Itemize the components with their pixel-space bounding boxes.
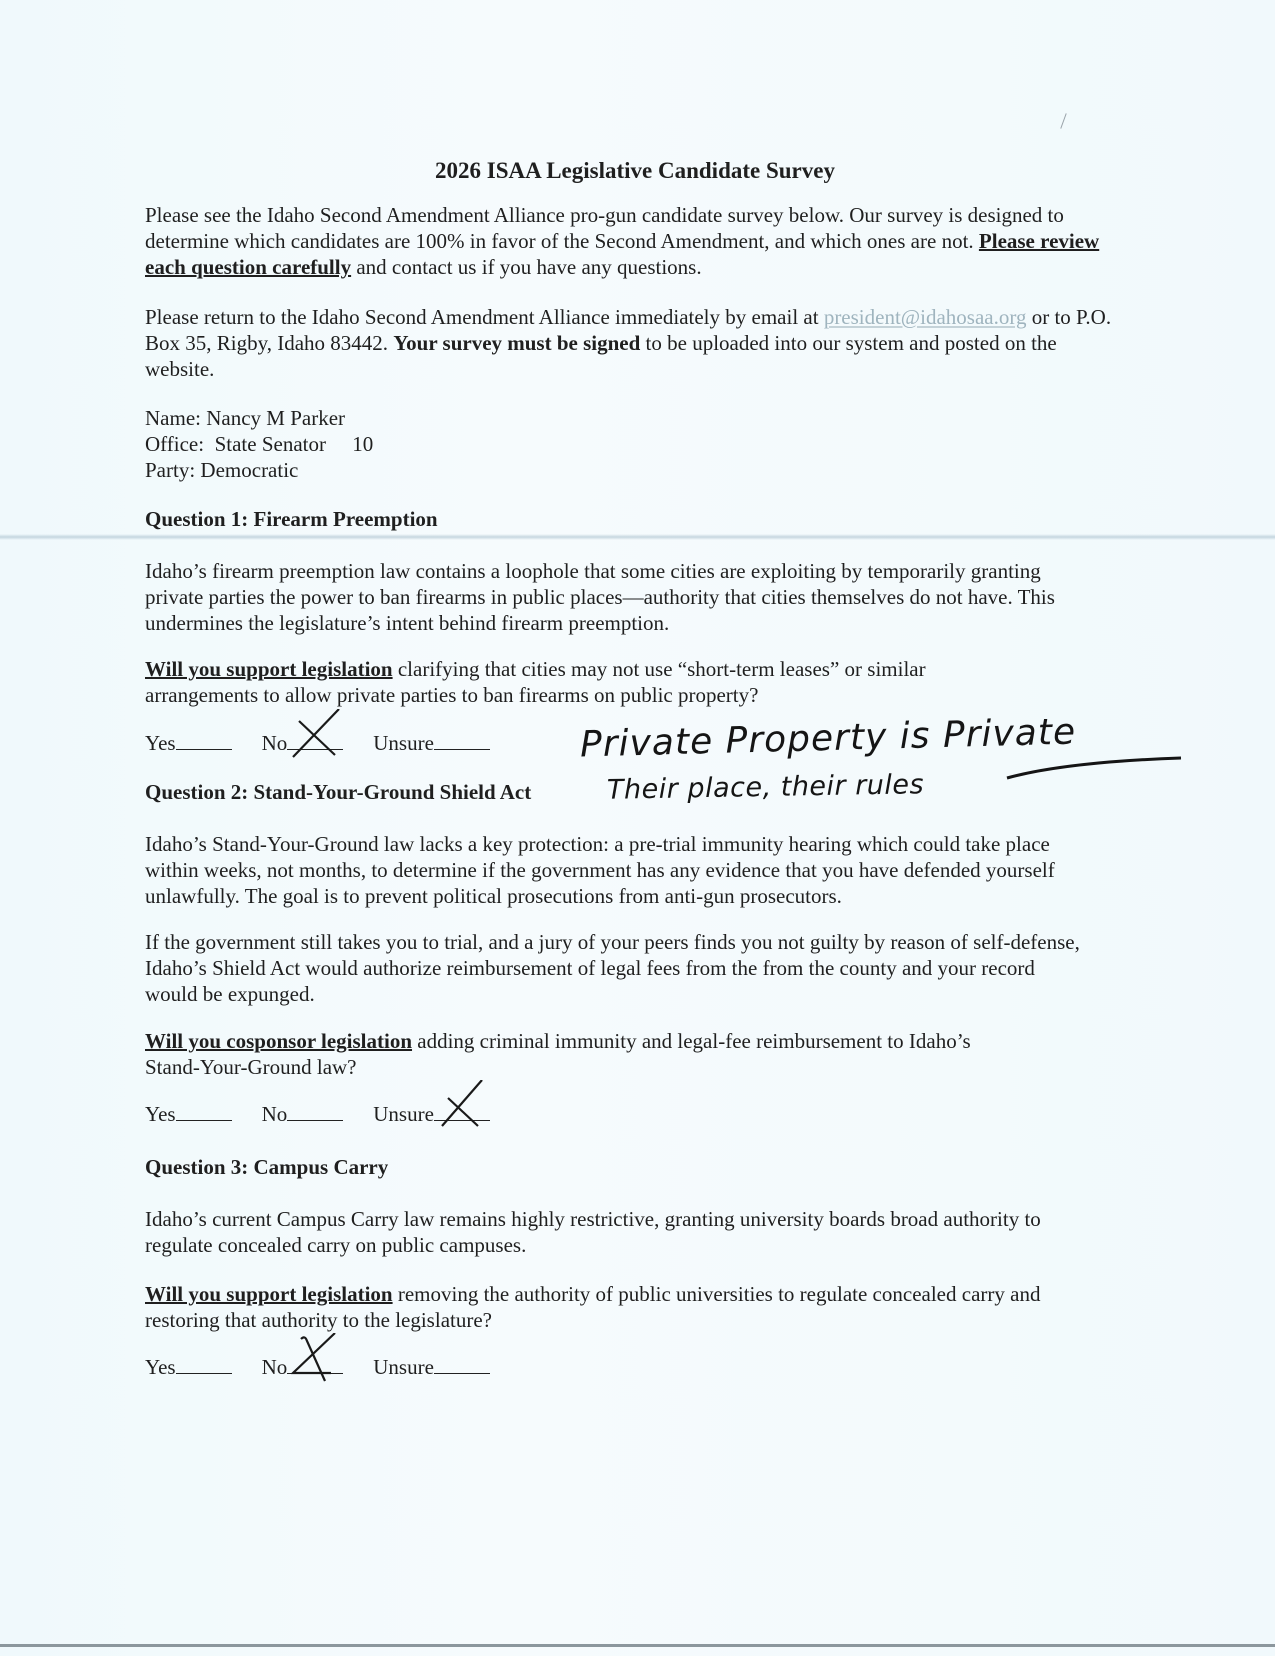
name-row: Name: Nancy M Parker (145, 406, 345, 430)
x-check-mark-icon (438, 1080, 490, 1130)
answer-blank[interactable] (176, 731, 232, 750)
question-3-option-unsure[interactable]: Unsure (373, 1355, 490, 1380)
question-1-option-yes[interactable]: Yes (145, 731, 232, 756)
answer-blank[interactable] (176, 1355, 232, 1374)
question-3-option-no[interactable]: No (262, 1355, 344, 1380)
answer-blank[interactable] (287, 731, 343, 750)
paper-fold-line (0, 534, 1275, 540)
page-bottom-edge (0, 1644, 1275, 1647)
candidate-info: Name: Nancy M Parker Office: State Senat… (145, 405, 1125, 483)
stray-pen-mark (1060, 113, 1066, 128)
question-1-body: Idaho’s firearm preemption law contains … (145, 558, 1085, 636)
question-3-prompt-emphasis: Will you support legislation (145, 1282, 393, 1306)
intro-paragraph: Please see the Idaho Second Amendment Al… (145, 202, 1125, 280)
question-2-answers: Yes No Unsure (145, 1102, 520, 1127)
email-link[interactable]: president@idahosaa.org (824, 305, 1027, 329)
answer-blank[interactable] (287, 1355, 343, 1374)
answer-blank[interactable] (434, 1355, 490, 1374)
question-1-answers: Yes No Unsure (145, 731, 520, 756)
answer-blank[interactable] (434, 1102, 490, 1121)
option-label: No (262, 1102, 288, 1126)
handwritten-note-line-2: Their place, their rules (607, 769, 925, 806)
question-3-body: Idaho’s current Campus Carry law remains… (145, 1206, 1065, 1258)
question-2-body-1: Idaho’s Stand-Your-Ground law lacks a ke… (145, 831, 1085, 909)
scanned-page: 2026 ISAA Legislative Candidate Survey P… (0, 0, 1275, 1656)
question-1-prompt: Will you support legislation clarifying … (145, 656, 975, 708)
question-1-heading: Question 1: Firearm Preemption (145, 507, 438, 532)
question-1-option-no[interactable]: No (262, 731, 344, 756)
handwritten-note-line-1: Private Property is Private (580, 712, 1077, 766)
answer-blank[interactable] (434, 731, 490, 750)
answer-blank[interactable] (176, 1102, 232, 1121)
candidate-office: State Senator (215, 432, 326, 456)
option-label: Unsure (373, 1355, 434, 1379)
office-label: Office: (145, 432, 204, 456)
return-instructions: Please return to the Idaho Second Amendm… (145, 304, 1125, 382)
option-label: Yes (145, 1102, 176, 1126)
name-label: Name: (145, 406, 201, 430)
question-3-prompt: Will you support legislation removing th… (145, 1281, 1055, 1333)
question-2-prompt-emphasis: Will you cosponsor legislation (145, 1029, 412, 1053)
option-label: Yes (145, 1355, 176, 1379)
question-3-option-yes[interactable]: Yes (145, 1355, 232, 1380)
question-2-heading: Question 2: Stand-Your-Ground Shield Act (145, 780, 531, 805)
question-2-option-yes[interactable]: Yes (145, 1102, 232, 1127)
question-2-prompt: Will you cosponsor legislation adding cr… (145, 1028, 1025, 1080)
office-row: Office: State Senator 10 (145, 432, 373, 456)
party-row: Party: Democratic (145, 458, 298, 482)
question-2-body-2: If the government still takes you to tri… (145, 929, 1085, 1007)
handwritten-underline (1005, 752, 1185, 782)
option-label: No (262, 1355, 288, 1379)
question-2-option-no[interactable]: No (262, 1102, 344, 1127)
option-label: Unsure (373, 731, 434, 755)
option-label: No (262, 731, 288, 755)
option-label: Yes (145, 731, 176, 755)
answer-blank[interactable] (287, 1102, 343, 1121)
candidate-district: 10 (352, 432, 373, 456)
question-1-prompt-emphasis: Will you support legislation (145, 657, 393, 681)
x-check-mark-icon (291, 709, 343, 759)
x-check-mark-icon (291, 1333, 343, 1383)
candidate-name: Nancy M Parker (206, 406, 345, 430)
party-label: Party: (145, 458, 195, 482)
survey-title: 2026 ISAA Legislative Candidate Survey (145, 158, 1125, 184)
question-2-option-unsure[interactable]: Unsure (373, 1102, 490, 1127)
candidate-party: Democratic (200, 458, 298, 482)
intro-text: Please see the Idaho Second Amendment Al… (145, 203, 1064, 253)
return-text: Please return to the Idaho Second Amendm… (145, 305, 824, 329)
signed-requirement: Your survey must be signed (393, 331, 640, 355)
question-1-option-unsure[interactable]: Unsure (373, 731, 490, 756)
question-3-answers: Yes No Unsure (145, 1355, 520, 1380)
question-3-heading: Question 3: Campus Carry (145, 1155, 388, 1180)
option-label: Unsure (373, 1102, 434, 1126)
intro-text-end: and contact us if you have any questions… (351, 255, 702, 279)
